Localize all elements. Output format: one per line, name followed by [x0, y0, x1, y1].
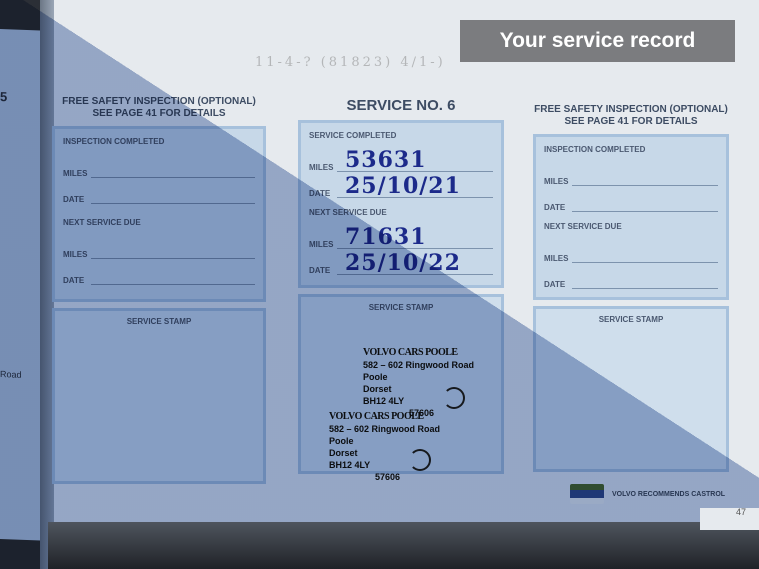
handwritten-value: 25/10/21 [345, 173, 461, 199]
miles-line[interactable]: 53631 [337, 159, 493, 172]
section-label: NEXT SERVICE DUE [544, 222, 718, 231]
service-form: SERVICE COMPLETED MILES53631 DATE25/10/2… [298, 120, 504, 288]
miles-line[interactable] [572, 250, 718, 263]
next-date-field[interactable]: DATE [63, 259, 255, 285]
section-label: NEXT SERVICE DUE [309, 208, 493, 217]
date-line[interactable]: 25/10/21 [337, 185, 493, 198]
castrol-logo-icon [570, 484, 604, 504]
next-miles-field[interactable]: MILES [544, 237, 718, 263]
dealer-stamp: VOLVO CARS POOLE 582 – 602 Ringwood Road… [329, 411, 440, 483]
header-line: SEE PAGE 41 FOR DETAILS [533, 116, 729, 128]
date-line[interactable]: 25/10/22 [337, 262, 493, 275]
column-header: FREE SAFETY INSPECTION (OPTIONAL) SEE PA… [52, 92, 266, 124]
section-label: NEXT SERVICE DUE [63, 218, 255, 227]
volvo-logo-icon [409, 449, 431, 471]
dealer-name: VOLVO CARS POOLE [329, 411, 440, 423]
service-book-photo: 5 Road Your service record 11-4-? (81823… [0, 0, 759, 569]
page-number: 47 [736, 507, 746, 517]
miles-line[interactable] [91, 246, 255, 259]
field-label: MILES [63, 169, 91, 178]
volvo-logo-icon [443, 387, 465, 409]
inspection-column-right: FREE SAFETY INSPECTION (OPTIONAL) SEE PA… [533, 100, 729, 472]
book-bottom-edge [48, 522, 759, 569]
header-line: FREE SAFETY INSPECTION (OPTIONAL) [52, 96, 266, 108]
field-label: DATE [544, 203, 572, 212]
miles-field[interactable]: MILES53631 [309, 146, 493, 172]
date-field[interactable]: DATE [544, 186, 718, 212]
next-miles-field[interactable]: MILES [63, 233, 255, 259]
left-page-fragment: 5 [0, 89, 7, 104]
footer-text: VOLVO RECOMMENDS CASTROL [612, 491, 725, 498]
field-label: MILES [63, 250, 91, 259]
miles-line[interactable] [91, 165, 255, 178]
page-corner [700, 508, 759, 530]
field-label: MILES [544, 177, 572, 186]
field-label: DATE [309, 266, 337, 275]
date-line[interactable] [91, 191, 255, 204]
date-line[interactable] [572, 199, 718, 212]
header-line: FREE SAFETY INSPECTION (OPTIONAL) [533, 104, 729, 116]
dealer-stamp: VOLVO CARS POOLE 582 – 602 Ringwood Road… [363, 347, 474, 419]
next-date-field[interactable]: DATE25/10/22 [309, 249, 493, 275]
header-line: SEE PAGE 41 FOR DETAILS [52, 108, 266, 120]
faint-handwriting: 11-4-? (81823) 4/1-) [255, 55, 446, 70]
dealer-name: VOLVO CARS POOLE [363, 347, 474, 359]
dealer-town: Poole [329, 435, 440, 447]
miles-line[interactable]: 71631 [337, 236, 493, 249]
column-header: FREE SAFETY INSPECTION (OPTIONAL) SEE PA… [533, 100, 729, 132]
next-miles-field[interactable]: MILES71631 [309, 223, 493, 249]
dealer-address: 582 – 602 Ringwood Road [363, 359, 474, 371]
next-date-field[interactable]: DATE [544, 263, 718, 289]
date-line[interactable] [91, 272, 255, 285]
field-label: MILES [309, 163, 337, 172]
section-label: SERVICE COMPLETED [309, 131, 493, 140]
miles-field[interactable]: MILES [63, 152, 255, 178]
inspection-column-left: FREE SAFETY INSPECTION (OPTIONAL) SEE PA… [52, 92, 266, 484]
column-header: SERVICE NO. 6 [298, 92, 504, 118]
miles-field[interactable]: MILES [544, 160, 718, 186]
footer: VOLVO RECOMMENDS CASTROL [570, 484, 725, 504]
service-stamp-area: SERVICE STAMP [533, 306, 729, 472]
inspection-form: INSPECTION COMPLETED MILES DATE NEXT SER… [52, 126, 266, 302]
field-label: DATE [63, 276, 91, 285]
field-label: DATE [544, 280, 572, 289]
left-page-fragment: Road [0, 369, 22, 380]
field-label: DATE [309, 189, 337, 198]
service-column-6: SERVICE NO. 6 SERVICE COMPLETED MILES536… [298, 92, 504, 474]
dealer-address: 582 – 602 Ringwood Road [329, 423, 440, 435]
field-label: DATE [63, 195, 91, 204]
service-stamp-area: SERVICE STAMP VOLVO CARS POOLE 582 – 602… [298, 294, 504, 474]
field-label: MILES [309, 240, 337, 249]
date-line[interactable] [572, 276, 718, 289]
section-label: INSPECTION COMPLETED [544, 145, 718, 154]
section-label: INSPECTION COMPLETED [63, 137, 255, 146]
stamp-label: SERVICE STAMP [536, 309, 726, 324]
handwritten-value: 25/10/22 [345, 250, 461, 276]
date-field[interactable]: DATE [63, 178, 255, 204]
miles-line[interactable] [572, 173, 718, 186]
stamp-label: SERVICE STAMP [301, 297, 501, 312]
date-field[interactable]: DATE25/10/21 [309, 172, 493, 198]
stamp-label: SERVICE STAMP [55, 311, 263, 326]
page-title: Your service record [460, 20, 735, 62]
inspection-form: INSPECTION COMPLETED MILES DATE NEXT SER… [533, 134, 729, 300]
field-label: MILES [544, 254, 572, 263]
dealer-code: 57606 [329, 471, 440, 483]
dealer-town: Poole [363, 371, 474, 383]
handwritten-value: 71631 [345, 224, 427, 250]
service-stamp-area: SERVICE STAMP [52, 308, 266, 484]
handwritten-value: 53631 [345, 147, 427, 173]
